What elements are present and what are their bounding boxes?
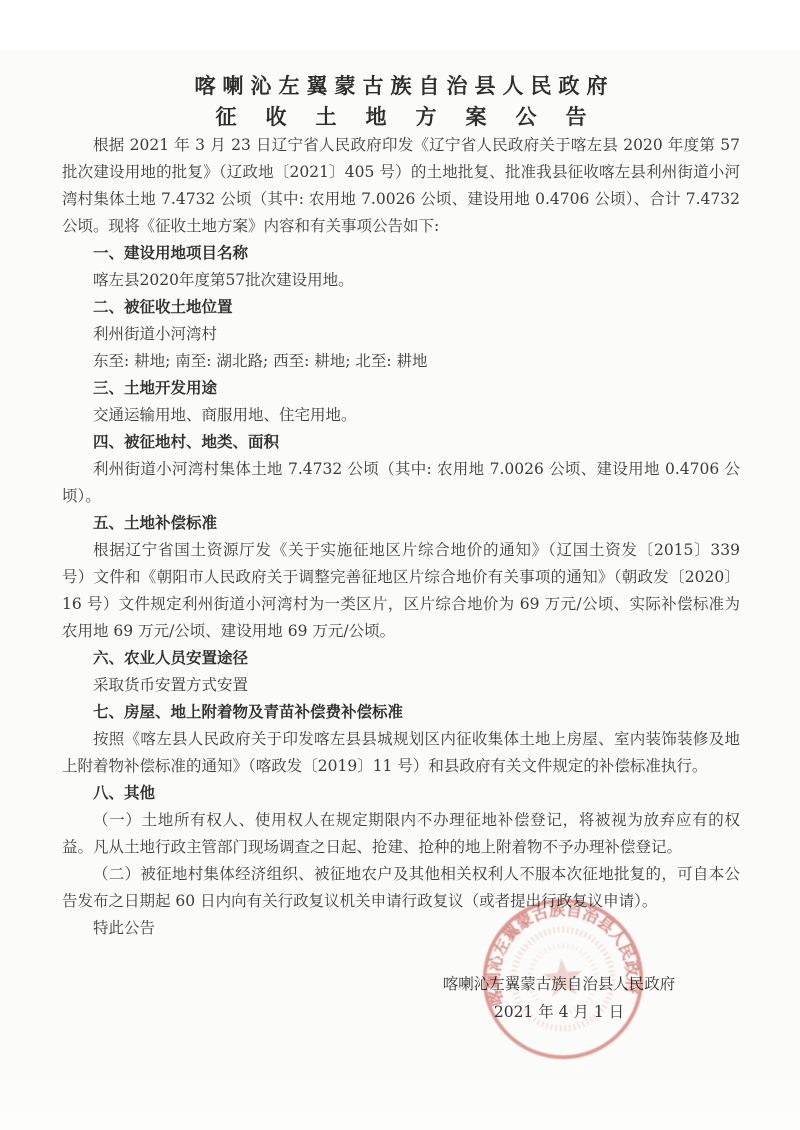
section-paragraph: 根据辽宁省国土资源厅发《关于实施征地区片综合地价的通知》（辽国土资发〔2015〕… — [62, 537, 740, 645]
section-compensation-standard: 五、土地补偿标准 根据辽宁省国土资源厅发《关于实施征地区片综合地价的通知》（辽国… — [62, 510, 740, 645]
document-title: 喀喇沁左翼蒙古族自治县人民政府 征收土地方案公告 — [62, 70, 740, 132]
scanned-announcement-page: 喀喇沁左翼蒙古族自治县人民政府 征收土地方案公告 根据 2021 年 3 月 2… — [0, 0, 800, 1130]
section-other: 八、其他 （一）土地所有权人、使用权人在规定期限内不办理征地补偿登记，将被视为放… — [62, 780, 740, 915]
signature-date: 2021 年 4 月 1 日 — [382, 998, 736, 1026]
section-attachments-compensation: 七、房屋、地上附着物及青苗补偿费补偿标准 按照《喀左县人民政府关于印发喀左县县城… — [62, 699, 740, 780]
document-content: 喀喇沁左翼蒙古族自治县人民政府 征收土地方案公告 根据 2021 年 3 月 2… — [62, 70, 740, 1026]
section-paragraph: 采取货币安置方式安置 — [62, 672, 740, 699]
section-resettlement: 六、农业人员安置途径 采取货币安置方式安置 — [62, 645, 740, 699]
signature-issuer: 喀喇沁左翼蒙古族自治县人民政府 — [382, 970, 736, 998]
section-project-name: 一、建设用地项目名称 喀左县2020年度第57批次建设用地。 — [62, 240, 740, 294]
section-paragraph: 利州街道小河湾村集体土地 7.4732 公顷（其中: 农用地 7.0026 公顷… — [62, 456, 740, 510]
section-land-location: 二、被征收土地位置 利州街道小河湾村 东至: 耕地; 南至: 湖北路; 西至: … — [62, 294, 740, 375]
section-paragraph: （一）土地所有权人、使用权人在规定期限内不办理征地补偿登记，将被视为放弃应有的权… — [62, 807, 740, 861]
section-heading: 一、建设用地项目名称 — [62, 240, 740, 267]
section-land-use: 三、土地开发用途 交通运输用地、商服用地、住宅用地。 — [62, 375, 740, 429]
section-heading: 七、房屋、地上附着物及青苗补偿费补偿标准 — [62, 699, 740, 726]
section-heading: 五、土地补偿标准 — [62, 510, 740, 537]
section-paragraph: 交通运输用地、商服用地、住宅用地。 — [62, 402, 740, 429]
section-paragraph: 按照《喀左县人民政府关于印发喀左县县城规划区内征收集体土地上房屋、室内装饰装修及… — [62, 726, 740, 780]
section-village-type-area: 四、被征地村、地类、面积 利州街道小河湾村集体土地 7.4732 公顷（其中: … — [62, 429, 740, 510]
section-heading: 二、被征收土地位置 — [62, 294, 740, 321]
section-paragraph: 喀左县2020年度第57批次建设用地。 — [62, 267, 740, 294]
section-heading: 三、土地开发用途 — [62, 375, 740, 402]
title-line-subject: 征收土地方案公告 — [62, 101, 740, 132]
section-paragraph: （二）被征地村集体经济组织、被征地农户及其他相关权利人不服本次征地批复的，可自本… — [62, 861, 740, 915]
signature-block: 喀喇沁左翼蒙古族自治县人民政府 2021 年 4 月 1 日 — [382, 970, 736, 1026]
section-paragraph: 东至: 耕地; 南至: 湖北路; 西至: 耕地; 北至: 耕地 — [62, 348, 740, 375]
title-line-issuer: 喀喇沁左翼蒙古族自治县人民政府 — [62, 70, 740, 101]
closing-line: 特此公告 — [62, 915, 740, 942]
document-body: 根据 2021 年 3 月 23 日辽宁省人民政府印发《辽宁省人民政府关于喀左县… — [62, 132, 740, 942]
section-heading: 六、农业人员安置途径 — [62, 645, 740, 672]
section-heading: 四、被征地村、地类、面积 — [62, 429, 740, 456]
intro-paragraph: 根据 2021 年 3 月 23 日辽宁省人民政府印发《辽宁省人民政府关于喀左县… — [62, 132, 740, 240]
section-paragraph: 利州街道小河湾村 — [62, 321, 740, 348]
section-heading: 八、其他 — [62, 780, 740, 807]
